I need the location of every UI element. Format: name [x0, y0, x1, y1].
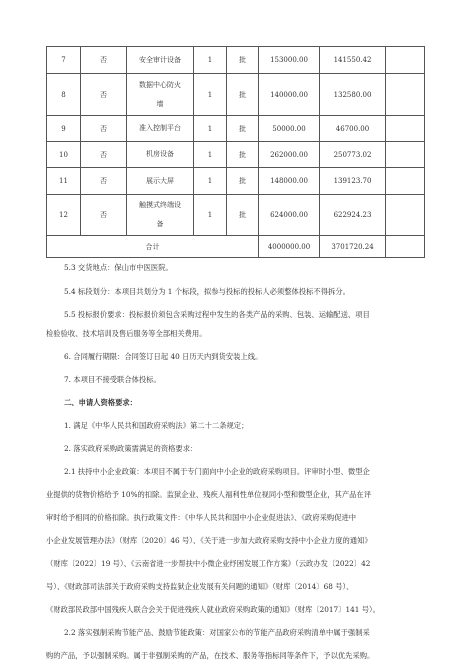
table-row: 7 否 安全审计设备 1 批 153000.00 141550.42	[47, 47, 425, 74]
imported-flag: 否	[81, 195, 127, 236]
empty-cell	[386, 142, 425, 168]
total-budget: 4000000.00	[259, 236, 320, 258]
item-unit: 批	[227, 47, 259, 74]
item-price: 139123.70	[320, 168, 386, 195]
lot-division: 5.4 标段划分：本项目共划分为 1 个标段，拟参与投标的投标人必须整体投标不得…	[46, 282, 430, 303]
empty-cell	[386, 116, 425, 142]
contract-period: 6. 合同履行期限：合同签订日起 40 日历天内到货安装上线。	[46, 347, 430, 368]
empty-cell	[386, 74, 425, 116]
total-label: 合计	[47, 236, 259, 258]
item-number: 8	[47, 74, 81, 116]
item-price: 132580.00	[320, 74, 386, 116]
empty-cell	[386, 168, 425, 195]
item-price: 250773.02	[320, 142, 386, 168]
sme-policy-line-6: 号）、《财政部司法部关于政府采购支持监狱企业发展有关问题的通知》（财库〔2014…	[46, 577, 430, 598]
empty-cell	[386, 47, 425, 74]
empty-cell	[386, 195, 425, 236]
table-row: 9 否 准入控制平台 1 批 50000.00 46700.00	[47, 116, 425, 142]
total-row: 合计 4000000.00 3701720.24	[47, 236, 425, 258]
item-budget: 262000.00	[259, 142, 320, 168]
sme-policy-line-4: 小企业发展管理办法》（财库〔2020〕46 号）、《关于进一步加大政府采购支持中…	[46, 531, 430, 552]
sme-policy-line-3: 审时给予相同的价格扣除。执行政策文件：《中华人民共和国中小企业促进法》、《政府采…	[46, 508, 430, 529]
sme-policy-line-5: （财库〔2022〕19 号）、《云南省进一步帮扶中小微企业纾困发展工作方案》（云…	[46, 554, 430, 575]
item-number: 11	[47, 168, 81, 195]
item-number: 9	[47, 116, 81, 142]
item-name-line-2: 备	[127, 217, 193, 232]
item-budget: 624000.00	[259, 195, 320, 236]
procurement-items-table: 7 否 安全审计设备 1 批 153000.00 141550.42 8 否 数…	[46, 46, 425, 258]
item-unit: 批	[227, 195, 259, 236]
energy-saving-policy-line-1: 2.2 落实强制采购节能产品、鼓励节能政策：对国家公布的节能产品政府采购清单中属…	[46, 623, 430, 644]
imported-flag: 否	[81, 74, 127, 116]
energy-saving-policy-line-2: 购的产品，予以强制采购。属于非强制采购的产品，在技术、服务等指标同等条件下，予以…	[46, 646, 430, 667]
delivery-location: 5.3 交货地点：保山市中医医院。	[46, 258, 430, 279]
item-name: 机房设备	[127, 142, 194, 168]
item-quantity: 1	[194, 74, 227, 116]
item-name-line-1: 数据中心防火	[127, 78, 193, 93]
item-budget: 50000.00	[259, 116, 320, 142]
qualification-1: 1. 满足《中华人民共和国政府采购法》第二十二条规定；	[46, 416, 430, 437]
item-quantity: 1	[194, 116, 227, 142]
item-budget: 153000.00	[259, 47, 320, 74]
consortium-note: 7. 本项目不接受联合体投标。	[46, 370, 430, 391]
bid-price-requirement-line-2: 检验验收、技术培训及售后服务等全部相关费用。	[46, 324, 430, 345]
imported-flag: 否	[81, 47, 127, 74]
item-name-line-2: 墙	[127, 97, 193, 112]
total-price: 3701720.24	[320, 236, 386, 258]
item-quantity: 1	[194, 142, 227, 168]
item-price: 141550.42	[320, 47, 386, 74]
item-quantity: 1	[194, 47, 227, 74]
table-row: 12 否 触摸式终端设 备 1 批 624000.00 622924.23	[47, 195, 425, 236]
imported-flag: 否	[81, 168, 127, 195]
item-quantity: 1	[194, 168, 227, 195]
table-row: 11 否 展示大屏 1 批 148000.00 139123.70	[47, 168, 425, 195]
table-row: 8 否 数据中心防火 墙 1 批 140000.00 132580.00	[47, 74, 425, 116]
empty-cell	[386, 236, 425, 258]
item-number: 7	[47, 47, 81, 74]
item-quantity: 1	[194, 195, 227, 236]
item-name: 准入控制平台	[127, 116, 194, 142]
item-unit: 批	[227, 168, 259, 195]
qualification-2: 2. 落实政府采购政策需满足的资格要求：	[46, 439, 430, 460]
item-price: 622924.23	[320, 195, 386, 236]
item-name: 安全审计设备	[127, 47, 194, 74]
item-unit: 批	[227, 116, 259, 142]
item-budget: 148000.00	[259, 168, 320, 195]
sme-policy-line-1: 2.1 扶持中小企业政策：本项目不属于专门面向中小企业的政府采购项目。评审时小型…	[46, 462, 430, 483]
item-number: 12	[47, 195, 81, 236]
item-budget: 140000.00	[259, 74, 320, 116]
item-unit: 批	[227, 142, 259, 168]
item-price: 46700.00	[320, 116, 386, 142]
document-page: 7 否 安全审计设备 1 批 153000.00 141550.42 8 否 数…	[0, 0, 470, 668]
item-name-line-1: 触摸式终端设	[127, 198, 193, 213]
item-name: 展示大屏	[127, 168, 194, 195]
imported-flag: 否	[81, 116, 127, 142]
sme-policy-line-2: 业提供的货物价格给予 10%的扣除。监狱企业、残疾人福利性单位视同小型和微型企业…	[46, 485, 430, 506]
sme-policy-line-7: 《财政部民政部中国残疾人联合会关于促进残疾人就业政府采购政策的通知》（财库〔20…	[46, 600, 430, 621]
table-row: 10 否 机房设备 1 批 262000.00 250773.02	[47, 142, 425, 168]
item-number: 10	[47, 142, 81, 168]
item-name: 数据中心防火 墙	[127, 74, 194, 116]
section-heading-qualifications: 二、申请人资格要求：	[46, 393, 430, 414]
imported-flag: 否	[81, 142, 127, 168]
item-unit: 批	[227, 74, 259, 116]
item-name: 触摸式终端设 备	[127, 195, 194, 236]
bid-price-requirement-line-1: 5.5 投标报价要求：投标报价须包含采购过程中发生的各类产品的采购、包装、运输配…	[46, 305, 430, 326]
